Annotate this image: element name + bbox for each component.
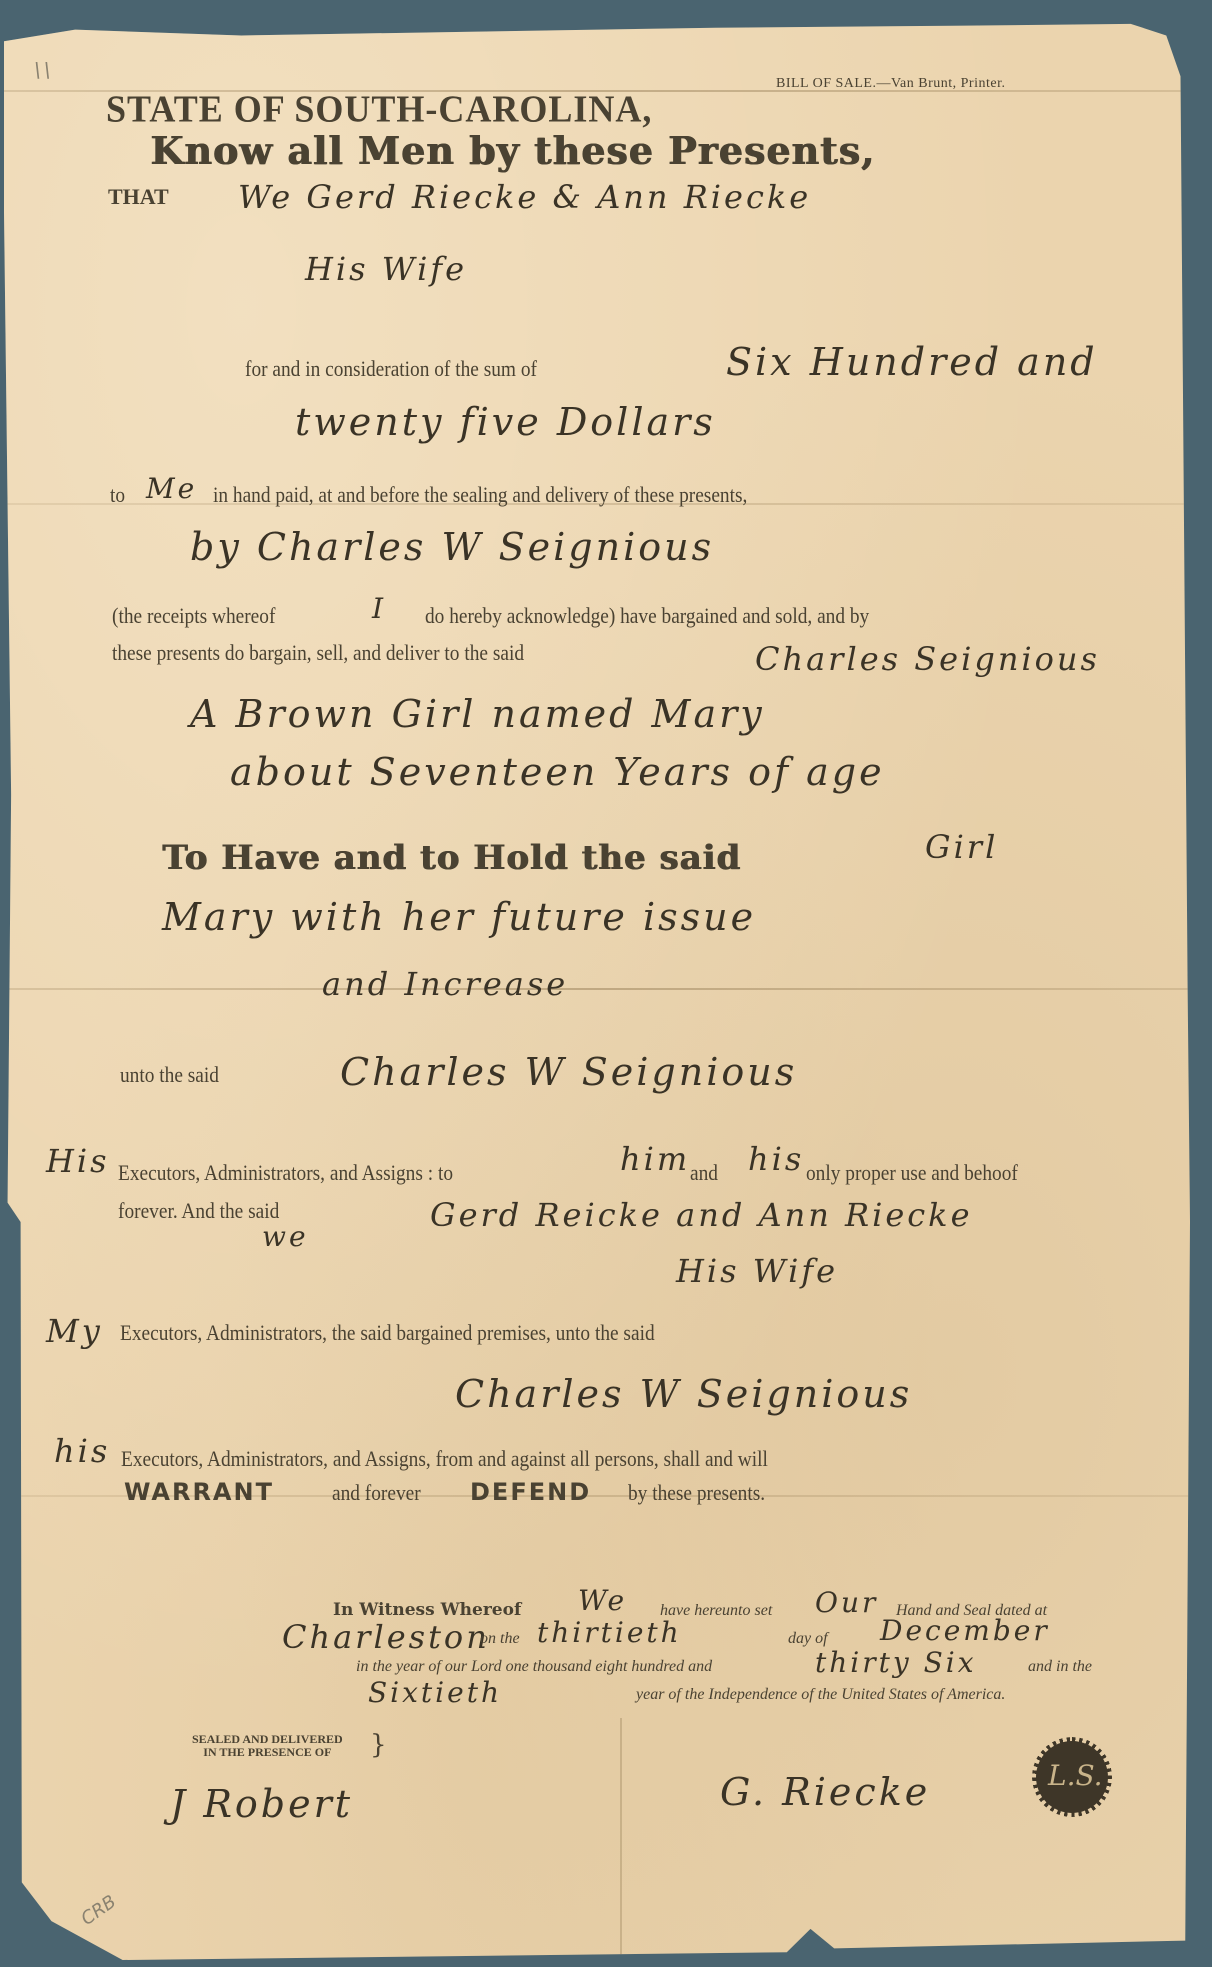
printer-line: BILL OF SALE.—Van Brunt, Printer.: [776, 76, 1005, 92]
corner-mark: \\: [34, 58, 53, 82]
paid-to-label: to: [110, 482, 125, 508]
consideration-label: for and in consideration of the sum of: [245, 356, 537, 382]
paid-to-me: Me: [146, 472, 197, 505]
fold-line-vertical: [620, 1718, 622, 1960]
paid-line-text: in hand paid, at and before the sealing …: [213, 482, 747, 508]
witness-our: Our: [815, 1586, 878, 1619]
deliver-to-buyer: Charles Seignious: [755, 640, 1100, 678]
sealed-brace: }: [370, 1730, 387, 1760]
heading-know-all-men: Know all Men by these Presents,: [150, 128, 875, 173]
warrant-text-a: and forever: [332, 1480, 421, 1506]
habendum-increase: and Increase: [322, 965, 568, 1003]
paid-by-buyer: by Charles W Seignious: [190, 525, 714, 569]
witness-text-f: and in the: [1028, 1658, 1092, 1676]
seal-monogram: L.S.: [1048, 1752, 1096, 1800]
unto-buyer: Charles W Seignious: [340, 1050, 797, 1094]
executors-text-a: Executors, Administrators, and Assigns :…: [118, 1160, 453, 1186]
warrant-word: WARRANT: [124, 1478, 274, 1506]
executors-text-b: only proper use and behoof: [806, 1160, 1018, 1186]
sealed-line-2: IN THE PRESENCE OF: [192, 1746, 343, 1759]
witness-we: We: [578, 1584, 627, 1617]
property-description: A Brown Girl named Mary: [190, 692, 765, 736]
witness-text-g: year of the Independence of the United S…: [636, 1686, 1005, 1704]
witness-month: December: [880, 1614, 1050, 1647]
executors2-text: Executors, Administrators, the said barg…: [120, 1320, 655, 1346]
executors-his2: his: [748, 1140, 804, 1178]
forever-wife: His Wife: [676, 1252, 838, 1290]
sealed-delivered-label: SEALED AND DELIVERED IN THE PRESENCE OF: [192, 1733, 343, 1759]
witness-place: Charleston: [282, 1618, 490, 1656]
executors3-text: Executors, Administrators, and Assigns, …: [121, 1446, 768, 1472]
seller-signature: G. Riecke: [720, 1770, 930, 1814]
executors2-my: My: [46, 1312, 103, 1350]
witness-text-e: in the year of our Lord one thousand eig…: [356, 1658, 712, 1676]
property-age: about Seventeen Years of age: [230, 750, 885, 794]
executors2-buyer: Charles W Seignious: [455, 1372, 912, 1416]
deliver-text: these presents do bargain, sell, and del…: [112, 640, 524, 666]
witness-independence-year: Sixtieth: [368, 1676, 502, 1709]
witness-text-c: on the: [480, 1630, 520, 1648]
witness-day: thirtieth: [537, 1616, 682, 1649]
forever-we: we: [262, 1220, 309, 1253]
receipts-text-b: do hereby acknowledge) have bargained an…: [425, 603, 869, 629]
that-label: THAT: [108, 184, 169, 210]
witness-year: thirty Six: [815, 1646, 977, 1679]
habendum-heading: To Have and to Hold the said: [162, 838, 741, 878]
sum-line-2: twenty five Dollars: [295, 400, 716, 444]
receipts-text-a: (the receipts whereof: [112, 603, 275, 629]
witness-blackletter: In Witness Whereof: [333, 1600, 521, 1620]
heading-state: STATE OF SOUTH-CAROLINA,: [106, 87, 652, 131]
executors3-his: his: [54, 1432, 110, 1470]
fold-line-middle: [4, 988, 1190, 990]
executors-and: and: [690, 1160, 718, 1186]
receipts-i: I: [372, 592, 386, 625]
seller-names: We Gerd Riecke & Ann Riecke: [238, 178, 811, 216]
defend-word: DEFEND: [470, 1478, 591, 1506]
executors-him: him: [620, 1140, 690, 1178]
executors-his: His: [46, 1142, 110, 1180]
seller-relation: His Wife: [305, 250, 467, 288]
forever-text: forever. And the said: [118, 1198, 279, 1224]
witness-signature: J Robert: [170, 1782, 353, 1826]
habendum-mary: Mary with her future issue: [162, 895, 756, 939]
forever-seller-names: Gerd Reicke and Ann Riecke: [430, 1196, 973, 1234]
unto-label: unto the said: [120, 1062, 219, 1088]
habendum-girl: Girl: [925, 828, 998, 866]
sum-line-1: Six Hundred and: [726, 340, 1098, 384]
warrant-text-b: by these presents.: [628, 1480, 765, 1506]
